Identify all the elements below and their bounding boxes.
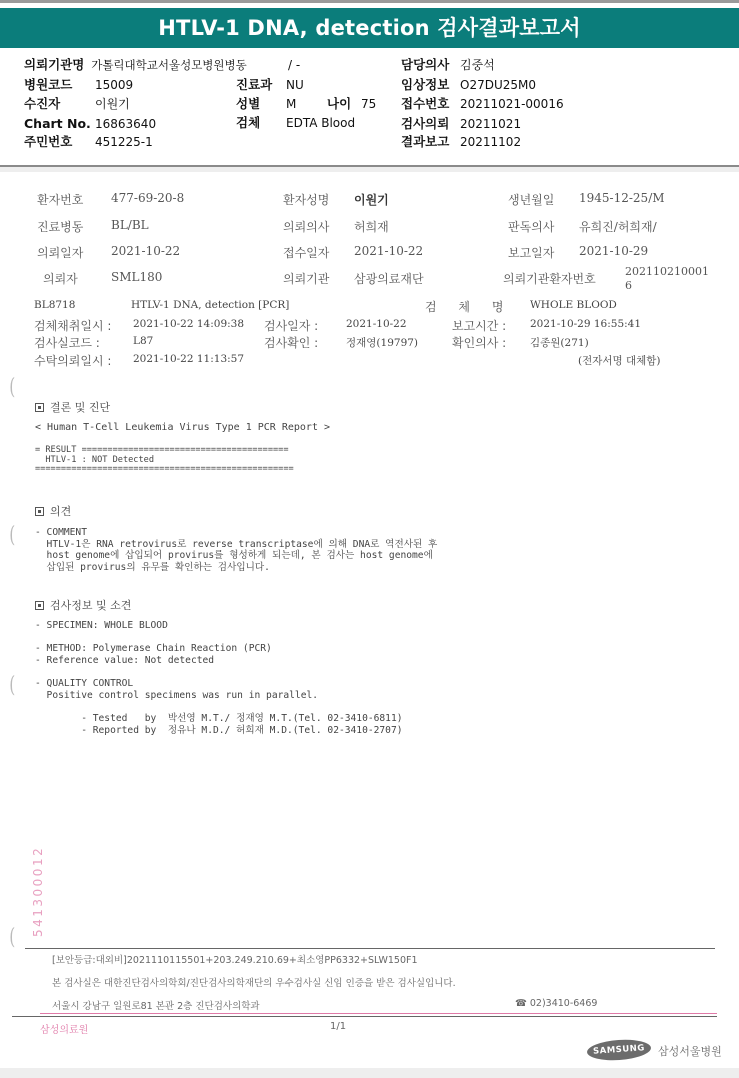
resident-label: 주민번호 <box>24 134 72 149</box>
conclusion-text: < Human T-Cell Leukemia Virus Type 1 PCR… <box>35 422 330 434</box>
info-section-title: 검사정보 및 소견 <box>35 597 131 613</box>
clinical-value: O27DU25M0 <box>460 77 536 93</box>
specimen-value: EDTA Blood <box>286 115 355 131</box>
report-title: HTLV-1 DNA, detection 검사결과보고서 <box>0 8 739 48</box>
barcode-number-text: 541300012 <box>31 827 45 937</box>
method-lines: - METHOD: Polymerase Chain Reaction (PCR… <box>35 643 272 666</box>
clinical-label: 임상정보 <box>401 77 449 92</box>
collect-value: 2021-10-22 14:09:38 <box>133 318 244 330</box>
ref-institution-value: 삼광의료재단 <box>354 270 424 287</box>
doctor-label: 담당의사 <box>401 57 449 72</box>
hospital-code-label: 병원코드 <box>24 77 72 93</box>
consign-label: 수탁의뢰일시 : <box>34 352 111 369</box>
request-date-value: 2021-10-22 <box>111 244 180 258</box>
ward-info-value: BL/BL <box>111 218 149 232</box>
receipt-date-value: 2021-10-22 <box>354 244 423 258</box>
request-date-label: 의뢰일자 <box>37 244 83 261</box>
footer-divider-bottom <box>12 1016 717 1017</box>
opinion-title-text: 의견 <box>50 505 71 518</box>
patient-no-label: 환자번호 <box>37 191 83 208</box>
opinion-comment: - COMMENT HTLV-1은 RNA retrovirus로 revers… <box>35 527 437 573</box>
report-time-label: 보고시간 : <box>452 317 506 334</box>
report-date-value: 2021-10-29 <box>579 244 648 258</box>
specimen-label: 검체 <box>236 115 260 130</box>
barcode-number: 541300012 <box>28 835 42 945</box>
lab-code-value: L87 <box>133 335 153 347</box>
institution-value: 가톨릭대학교서울성모병원병동 <box>91 58 247 72</box>
scan-mark: ( <box>9 375 15 400</box>
reading-doctor-label: 판독의사 <box>508 218 554 235</box>
test-date-value: 2021-10-22 <box>346 318 407 330</box>
requester-value: SML180 <box>111 270 162 284</box>
dept-label: 진료과 <box>236 77 272 92</box>
patient-no-value: 477-69-20-8 <box>111 191 184 205</box>
security-line: [보안등급:대외비]2021110115501+203.249.210.69+최… <box>52 952 418 966</box>
report-date-label: 보고일자 <box>508 244 554 261</box>
chart-value: 16863640 <box>95 116 156 132</box>
confirm-value: 정재영(19797) <box>346 335 418 350</box>
footer-divider <box>25 948 715 949</box>
age-label: 나이 <box>327 96 351 111</box>
confirm-doctor-value: 김종원(271) <box>530 335 589 350</box>
receipt-date-label: 접수일자 <box>283 244 329 261</box>
collect-label: 검체채취일시 : <box>34 317 111 334</box>
ref-patient-no-value-cont: 6 <box>625 280 632 291</box>
request-label: 검사의뢰 <box>401 116 449 131</box>
resident-value: 451225-1 <box>95 134 153 150</box>
specimen-name-value: WHOLE BLOOD <box>530 299 617 311</box>
hospital-name: 삼성서울병원 <box>658 1043 722 1059</box>
patient-name-value: 이원기 <box>354 191 389 208</box>
receipt-value: 20211021-00016 <box>460 96 564 112</box>
pink-divider <box>40 1013 717 1014</box>
institution-label: 의뢰기관명 <box>24 57 84 72</box>
opinion-section-title: 의견 <box>35 503 71 519</box>
test-name: HTLV-1 DNA, detection [PCR] <box>131 299 289 311</box>
birth-value: 1945-12-25/M <box>579 191 665 205</box>
phone-line: ☎ 02)3410-6469 <box>515 998 597 1009</box>
lab-code-label: 검사실코드 : <box>34 334 100 351</box>
scan-mark: ( <box>9 673 15 698</box>
dept-value: NU <box>286 77 304 93</box>
receipt-label: 접수번호 <box>401 96 449 111</box>
signers: - Tested by 박선영 M.T./ 정재영 M.T.(Tel. 02-3… <box>35 713 403 736</box>
ref-patient-no-value: 202110210001 <box>625 266 709 277</box>
square-bullet-icon <box>35 403 44 412</box>
doctor-value: 김중석 <box>460 57 495 73</box>
test-code: BL8718 <box>34 299 75 311</box>
ref-institution-label: 의뢰기관 <box>283 270 329 287</box>
square-bullet-icon <box>35 601 44 610</box>
patient-label: 수진자 <box>24 96 60 111</box>
reading-doctor-value: 유희진/허희재/ <box>579 218 657 235</box>
certification-line: 본 검사실은 대한진단검사의학회/진단검사의학재단의 우수검사실 신임 인증을 … <box>52 975 456 989</box>
e-signature-note: (전자서명 대체함) <box>578 353 661 368</box>
quality-control: - QUALITY CONTROL Positive control speci… <box>35 678 318 701</box>
result-label: 결과보고 <box>401 134 449 149</box>
top-rule <box>0 0 739 3</box>
result-block: = RESULT ===============================… <box>35 446 294 475</box>
patient-value: 이원기 <box>95 96 130 112</box>
hospital-code-label-text: 병원코드 <box>24 77 72 92</box>
brand-left: 삼성의료원 <box>40 1021 88 1036</box>
patient-name-label: 환자성명 <box>283 191 329 208</box>
confirm-doctor-label: 확인의사 : <box>452 334 506 351</box>
requester-label: 의뢰자 <box>43 270 78 287</box>
consign-value: 2021-10-22 11:13:57 <box>133 353 244 365</box>
ward-value: / - <box>288 57 300 73</box>
conclusion-title-text: 결론 및 진단 <box>50 401 110 414</box>
conclusion-section-title: 결론 및 진단 <box>35 399 110 415</box>
hospital-code-value: 15009 <box>95 77 133 93</box>
ref-patient-no-label: 의뢰기관환자번호 <box>503 270 596 287</box>
address-line: 서울시 강남구 일원로81 본관 2층 진단검사의학과 <box>52 998 260 1012</box>
bottom-band <box>0 1068 739 1078</box>
confirm-label: 검사확인 : <box>264 334 318 351</box>
scan-mark: ( <box>9 523 15 548</box>
square-bullet-icon <box>35 507 44 516</box>
request-value: 20211021 <box>460 116 521 132</box>
ref-doctor-label: 의뢰의사 <box>283 218 329 235</box>
scan-mark: ( <box>9 925 15 950</box>
specimen-line: - SPECIMEN: WHOLE BLOOD <box>35 620 168 632</box>
specimen-name-label: 검 체 명 <box>425 298 512 315</box>
age-value: 75 <box>361 96 376 112</box>
sex-value: M <box>286 96 296 112</box>
ref-doctor-value: 허희재 <box>354 218 389 235</box>
header-band <box>0 167 739 172</box>
test-date-label: 검사일자 : <box>264 317 318 334</box>
birth-label: 생년월일 <box>508 191 554 208</box>
info-title-text: 검사정보 및 소견 <box>50 599 131 612</box>
institution-row: 의뢰기관명 가톨릭대학교서울성모병원병동 <box>24 57 247 73</box>
result-value: 20211102 <box>460 134 521 150</box>
sex-label: 성별 <box>236 96 260 111</box>
ward-label: 진료병동 <box>37 218 83 235</box>
chart-label: Chart No. <box>24 116 91 131</box>
report-time-value: 2021-10-29 16:55:41 <box>530 318 641 330</box>
samsung-logo: SAMSUNG <box>586 1038 651 1062</box>
page-number: 1/1 <box>330 1021 346 1032</box>
